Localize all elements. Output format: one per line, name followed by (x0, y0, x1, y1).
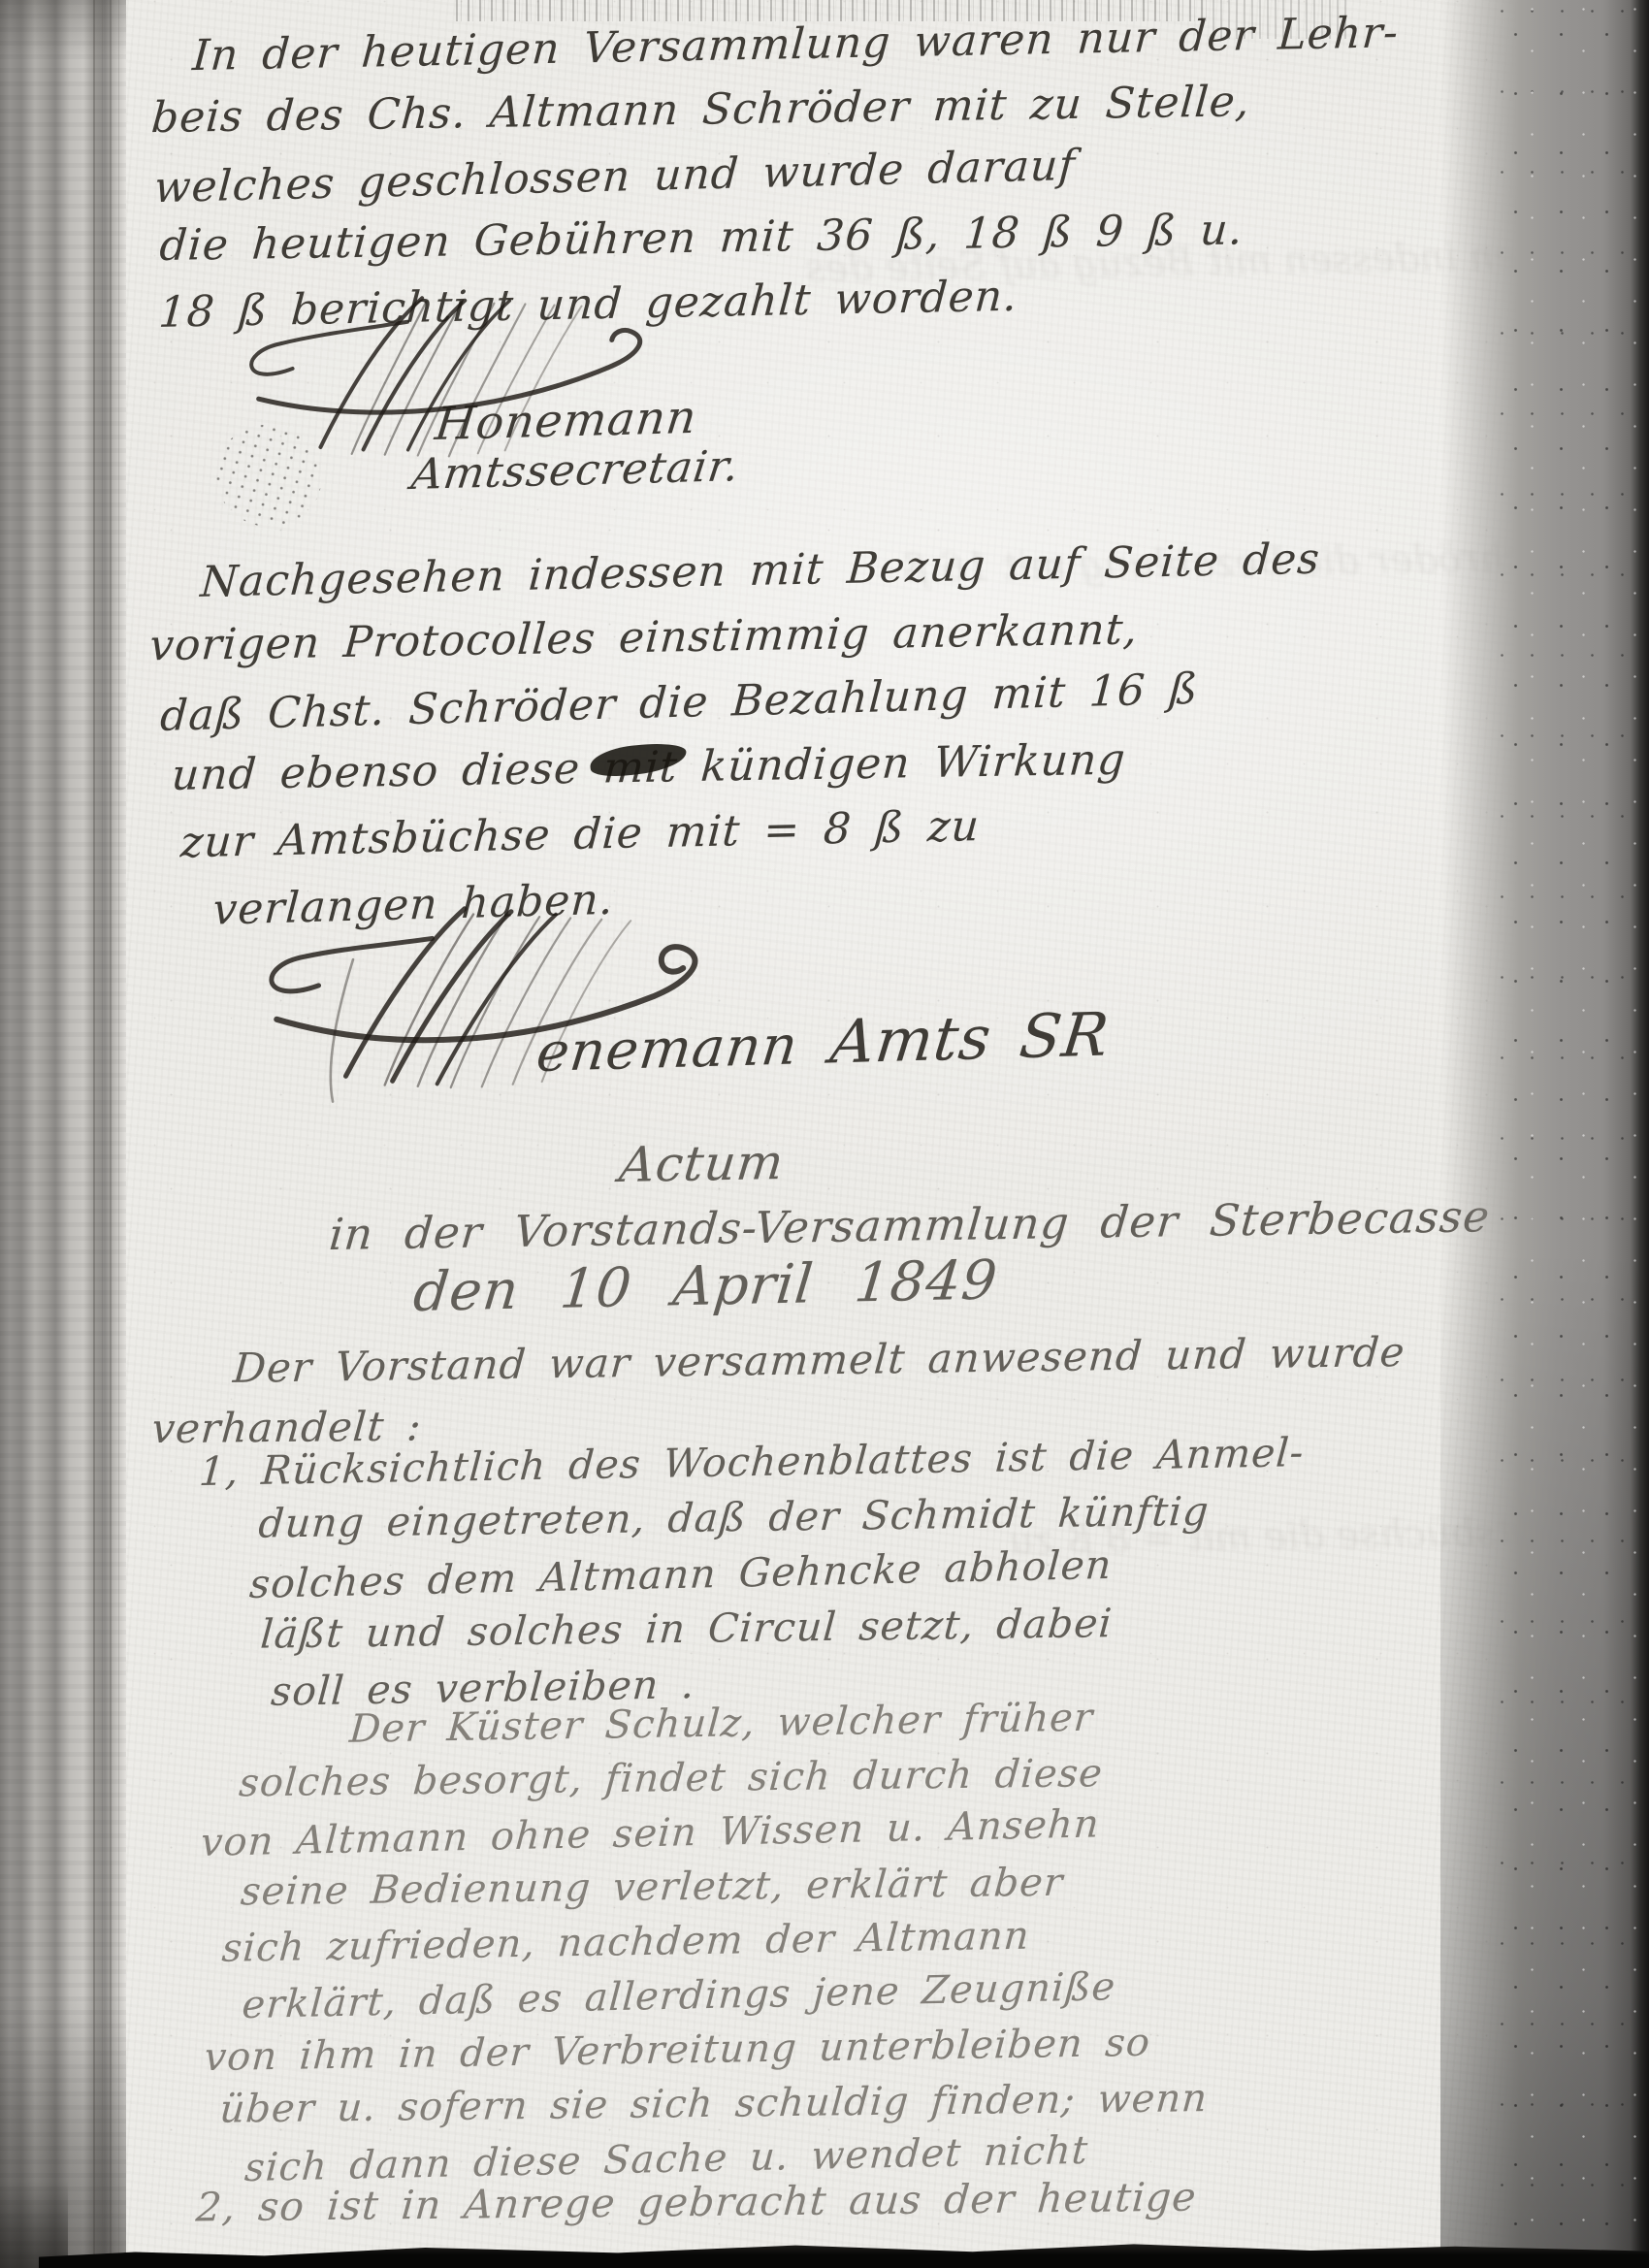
right-page-edge-shadow (1440, 0, 1649, 2268)
agenda-item-1: 1, Rücksichtlich des Wochenblattes ist d… (145, 1425, 1309, 1722)
signature-name: enemann (533, 1015, 801, 1085)
signature-office-title: Amtssecretair. (408, 441, 742, 500)
signature-name: Honemann (433, 391, 700, 451)
signature-flourish-2 (236, 892, 763, 1117)
binding-crease-lines (93, 0, 126, 2268)
bottom-left-shadow (0, 2181, 68, 2268)
actum-date-line: den 10 April 1849 (410, 1248, 1000, 1324)
scanned-manuscript-page: Nachgesehen indessen mit Bezug auf Seite… (0, 0, 1649, 2268)
paragraph-kuester-schulz: Der Küster Schulz, welcher früher solche… (145, 1689, 1209, 2194)
actum-heading: Actum (617, 1134, 787, 1193)
signature-office-abbrev: Amts SR (827, 999, 1113, 1078)
paragraph-2: Nachgesehen indessen mit Bezug auf Seite… (145, 527, 1328, 941)
